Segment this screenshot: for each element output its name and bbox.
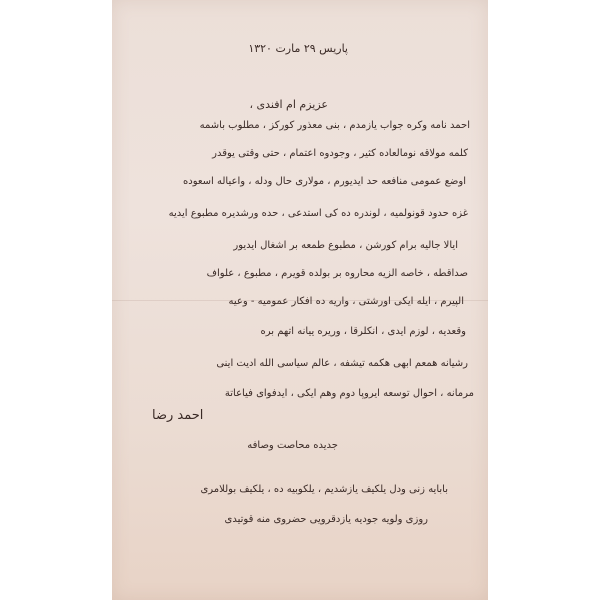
signature: احمد رضا: [152, 408, 203, 423]
closing: جدیده محاصت وصافه: [247, 440, 338, 451]
letter-paper: پاریس ٢٩ مارت ١٣٢٠ عزیزم ام افندی ، احمد…: [112, 0, 488, 600]
body-line-10: مرمانه ، احوال توسعه ایروپا دوم وهم ایکی…: [225, 388, 474, 399]
body-line-1: احمد نامه وکره جواب یازمدم ، بنی معذور ک…: [200, 120, 470, 131]
salutation: عزیزم ام افندی ،: [250, 98, 329, 111]
body-line-3: اوضع عمومی منافعه حد ایدیورم ، مولاری حا…: [183, 176, 466, 187]
body-line-4: غزه حدود قونولمیه ، لوندره ده کی استدعی …: [169, 208, 468, 219]
postscript-line-1: بابایه زنی ودل یلکیف یازشدیم ، یلکوبیه د…: [200, 484, 448, 495]
body-line-9: رشیانه همعم ابهی هکمه تیشفه ، عالم سیاسی…: [216, 358, 468, 369]
date-line: پاریس ٢٩ مارت ١٣٢٠: [248, 42, 348, 55]
body-line-5: ایالا جالیه برام کورشن ، مطبوع طمعه بر ا…: [233, 240, 458, 251]
body-line-2: کلمه مولاقه نومالعاده کثیر ، وجودوه اعتم…: [212, 148, 468, 159]
body-line-7: الپیرم ، ایله ایکی اورشتی ، واریه ده افک…: [229, 296, 464, 307]
body-line-8: وقعدیه ، لوزم ایدی ، انکلرقا ، وریره ییا…: [261, 326, 466, 337]
body-line-6: صداقطه ، خاصه الزیه محاروه بر بولده قویر…: [207, 268, 468, 279]
postscript-line-2: روزی ولویه جودیه یازدقرویی حضروی منه قوت…: [225, 514, 428, 525]
